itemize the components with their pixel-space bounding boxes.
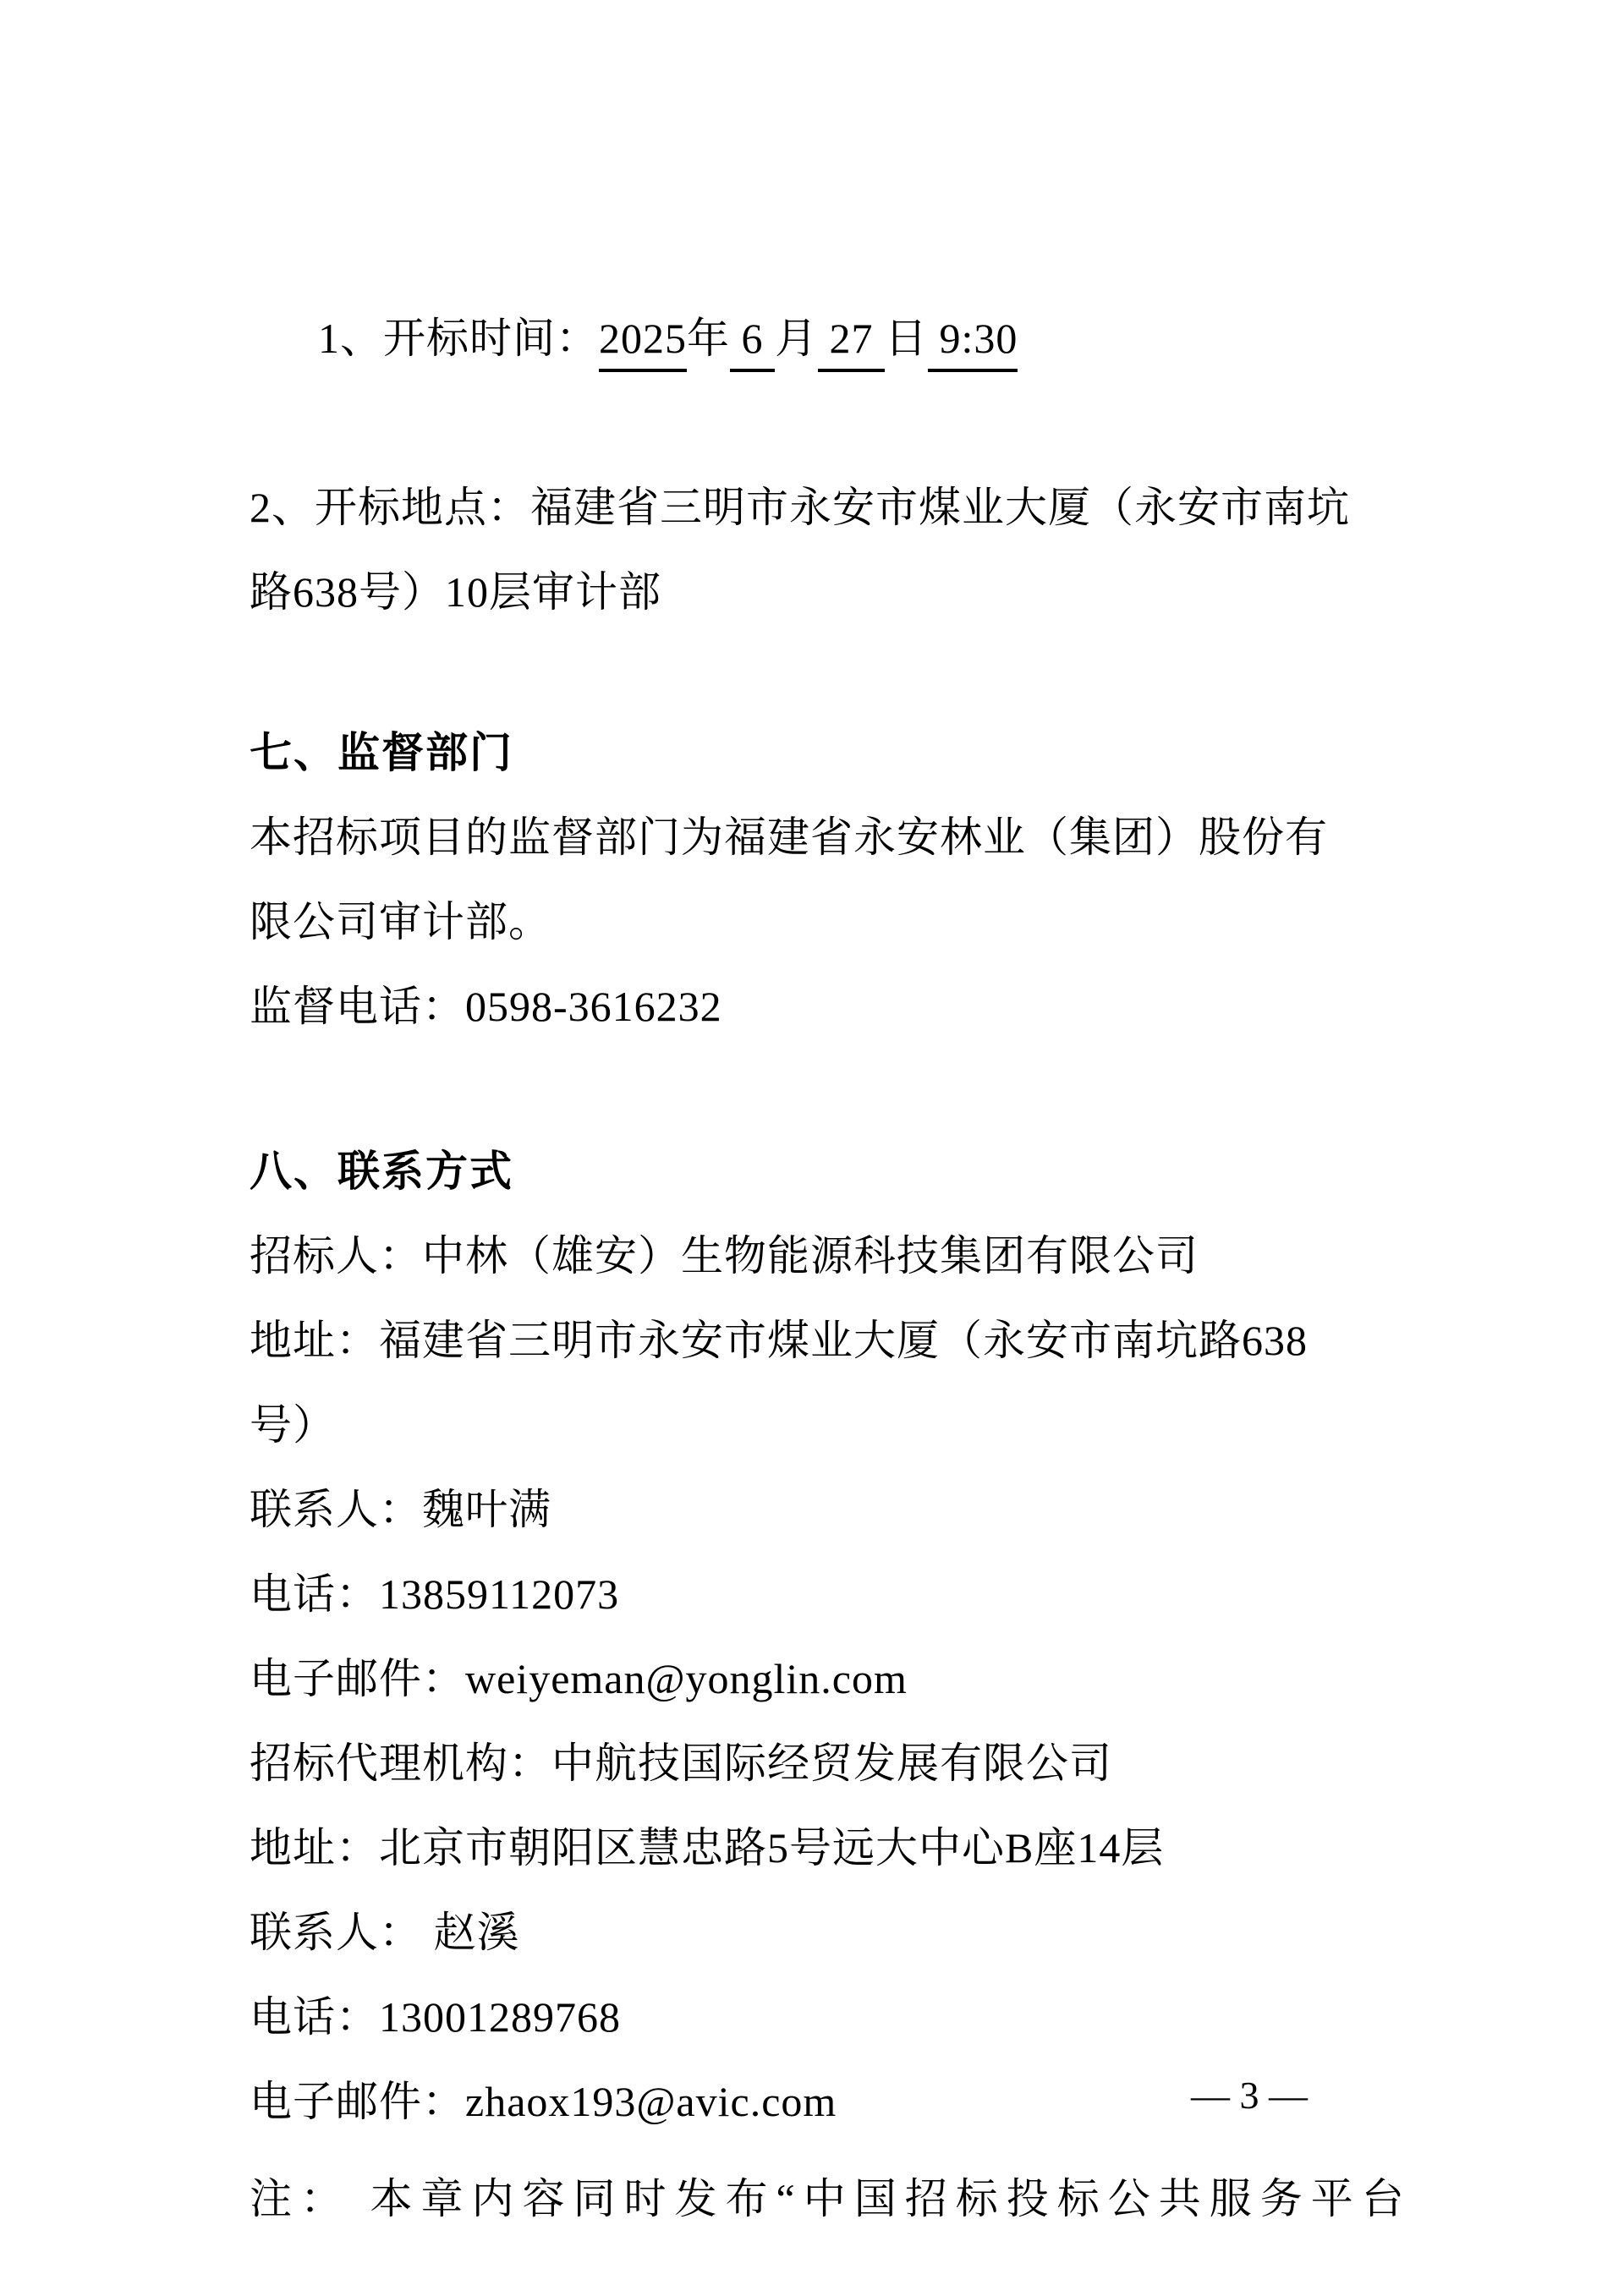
page-number: — 3 — [1191, 2070, 1308, 2121]
bid-opening-location-line-1: 2、开标地点：福建省三明市永安市煤业大厦（永安市南坑 [250, 465, 1379, 550]
bid-time-year-unit: 年 [687, 315, 730, 362]
agency-contact-line: 联系人： 赵溪 [250, 1890, 1379, 1975]
bid-opening-time-line: 1、开标时间：2025年 6 月 27 日 9:30 [250, 211, 1379, 465]
bid-time-month-value: 6 [730, 315, 775, 372]
supervision-section-heading: 七、监督部门 [250, 710, 1379, 795]
tenderer-phone-line: 电话：13859112073 [250, 1552, 1379, 1636]
agency-line: 招标代理机构：中航技国际经贸发展有限公司 [250, 1721, 1379, 1806]
bid-time-year-value: 2025 [599, 315, 687, 372]
bid-time-label: 1、开标时间： [318, 315, 599, 362]
tenderer-address-line-1: 地址：福建省三明市永安市煤业大厦（永安市南坑路638 [250, 1298, 1379, 1383]
bid-opening-location-line-2: 路638号）10层审计部 [250, 550, 1379, 634]
document-page: 1、开标时间：2025年 6 月 27 日 9:30 2、开标地点：福建省三明市… [0, 0, 1624, 2296]
bid-time-day-unit: 日 [885, 315, 928, 362]
tenderer-address-line-2: 号） [250, 1383, 1379, 1467]
tenderer-line: 招标人：中林（雄安）生物能源科技集团有限公司 [250, 1214, 1379, 1298]
supervision-body-line-2: 限公司审计部。 [250, 879, 1379, 964]
agency-phone-line: 电话：13001289768 [250, 1975, 1379, 2059]
note-line: 注： 本章内容同时发布“中国招标投标公共服务平台 [250, 2156, 1379, 2241]
supervision-phone-line: 监督电话：0598-3616232 [250, 964, 1379, 1049]
document-text-column: 1、开标时间：2025年 6 月 27 日 9:30 2、开标地点：福建省三明市… [250, 211, 1379, 2241]
contact-section-heading: 八、联系方式 [250, 1129, 1379, 1214]
tenderer-email-line: 电子邮件：weiyeman@yonglin.com [250, 1636, 1379, 1721]
supervision-body-line-1: 本招标项目的监督部门为福建省永安林业（集团）股份有 [250, 795, 1379, 879]
agency-address-line: 地址：北京市朝阳区慧忠路5号远大中心B座14层 [250, 1806, 1379, 1890]
bid-time-clock-value: 9:30 [928, 315, 1018, 372]
bid-time-day-value: 27 [818, 315, 885, 372]
tenderer-contact-line: 联系人：魏叶满 [250, 1467, 1379, 1552]
bid-time-month-unit: 月 [775, 315, 818, 362]
